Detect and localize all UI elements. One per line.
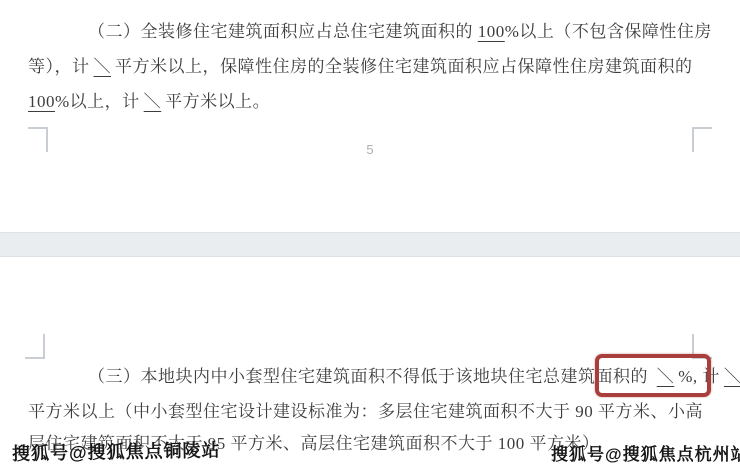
text-segment: 平方米以上。 (165, 92, 270, 111)
underlined-value: 100 (28, 92, 55, 111)
watermark-right: 搜狐号@搜狐焦点杭州站 (551, 440, 740, 465)
text-segment: （三）本地块内中小套型住宅建筑面积不得低于该地块住宅总建筑面积的 (88, 367, 653, 386)
document-line: 100%以上，计＼平方米以上。 (28, 87, 270, 112)
text-segment: 等），计 (28, 57, 90, 76)
red-annotation-box (595, 354, 711, 397)
document-line: 等），计＼平方米以上，保障性住房的全装修住宅建筑面积应占保障性住房建筑面积的 (28, 52, 693, 77)
text-segment: （二）全装修住宅建筑面积应占总住宅建筑面积的 (88, 22, 478, 41)
blank-field: ＼ (720, 367, 740, 386)
text-segment: 平方米以上，保障性住房的全装修住宅建筑面积应占保障性住房建筑面积的 (115, 57, 693, 76)
blank-field: ＼ (90, 57, 116, 76)
text-segment: %以上（不包含保障性住房 (505, 22, 712, 41)
blank-field: ＼ (140, 92, 166, 111)
document-viewer: （二）全装修住宅建筑面积应占总住宅建筑面积的 100%以上（不包含保障性住房 等… (0, 0, 740, 467)
underlined-value: 100 (478, 22, 505, 41)
margin-corner-mark-icon (25, 334, 45, 359)
page-number: 5 (0, 142, 740, 157)
page-separator (0, 232, 740, 257)
text-segment: %以上，计 (55, 92, 140, 111)
watermark-left: 搜狐号@搜狐焦点铜陵站 (12, 436, 221, 466)
document-line: 平方米以上（中小套型住宅设计建设标准为：多层住宅建筑面积不大于 90 平方米、小… (28, 397, 703, 422)
text-segment: 平方米以上（中小套型住宅设计建设标准为：多层住宅建筑面积不大于 90 平方米、小… (28, 402, 703, 421)
document-line: （二）全装修住宅建筑面积应占总住宅建筑面积的 100%以上（不包含保障性住房 (28, 17, 712, 42)
